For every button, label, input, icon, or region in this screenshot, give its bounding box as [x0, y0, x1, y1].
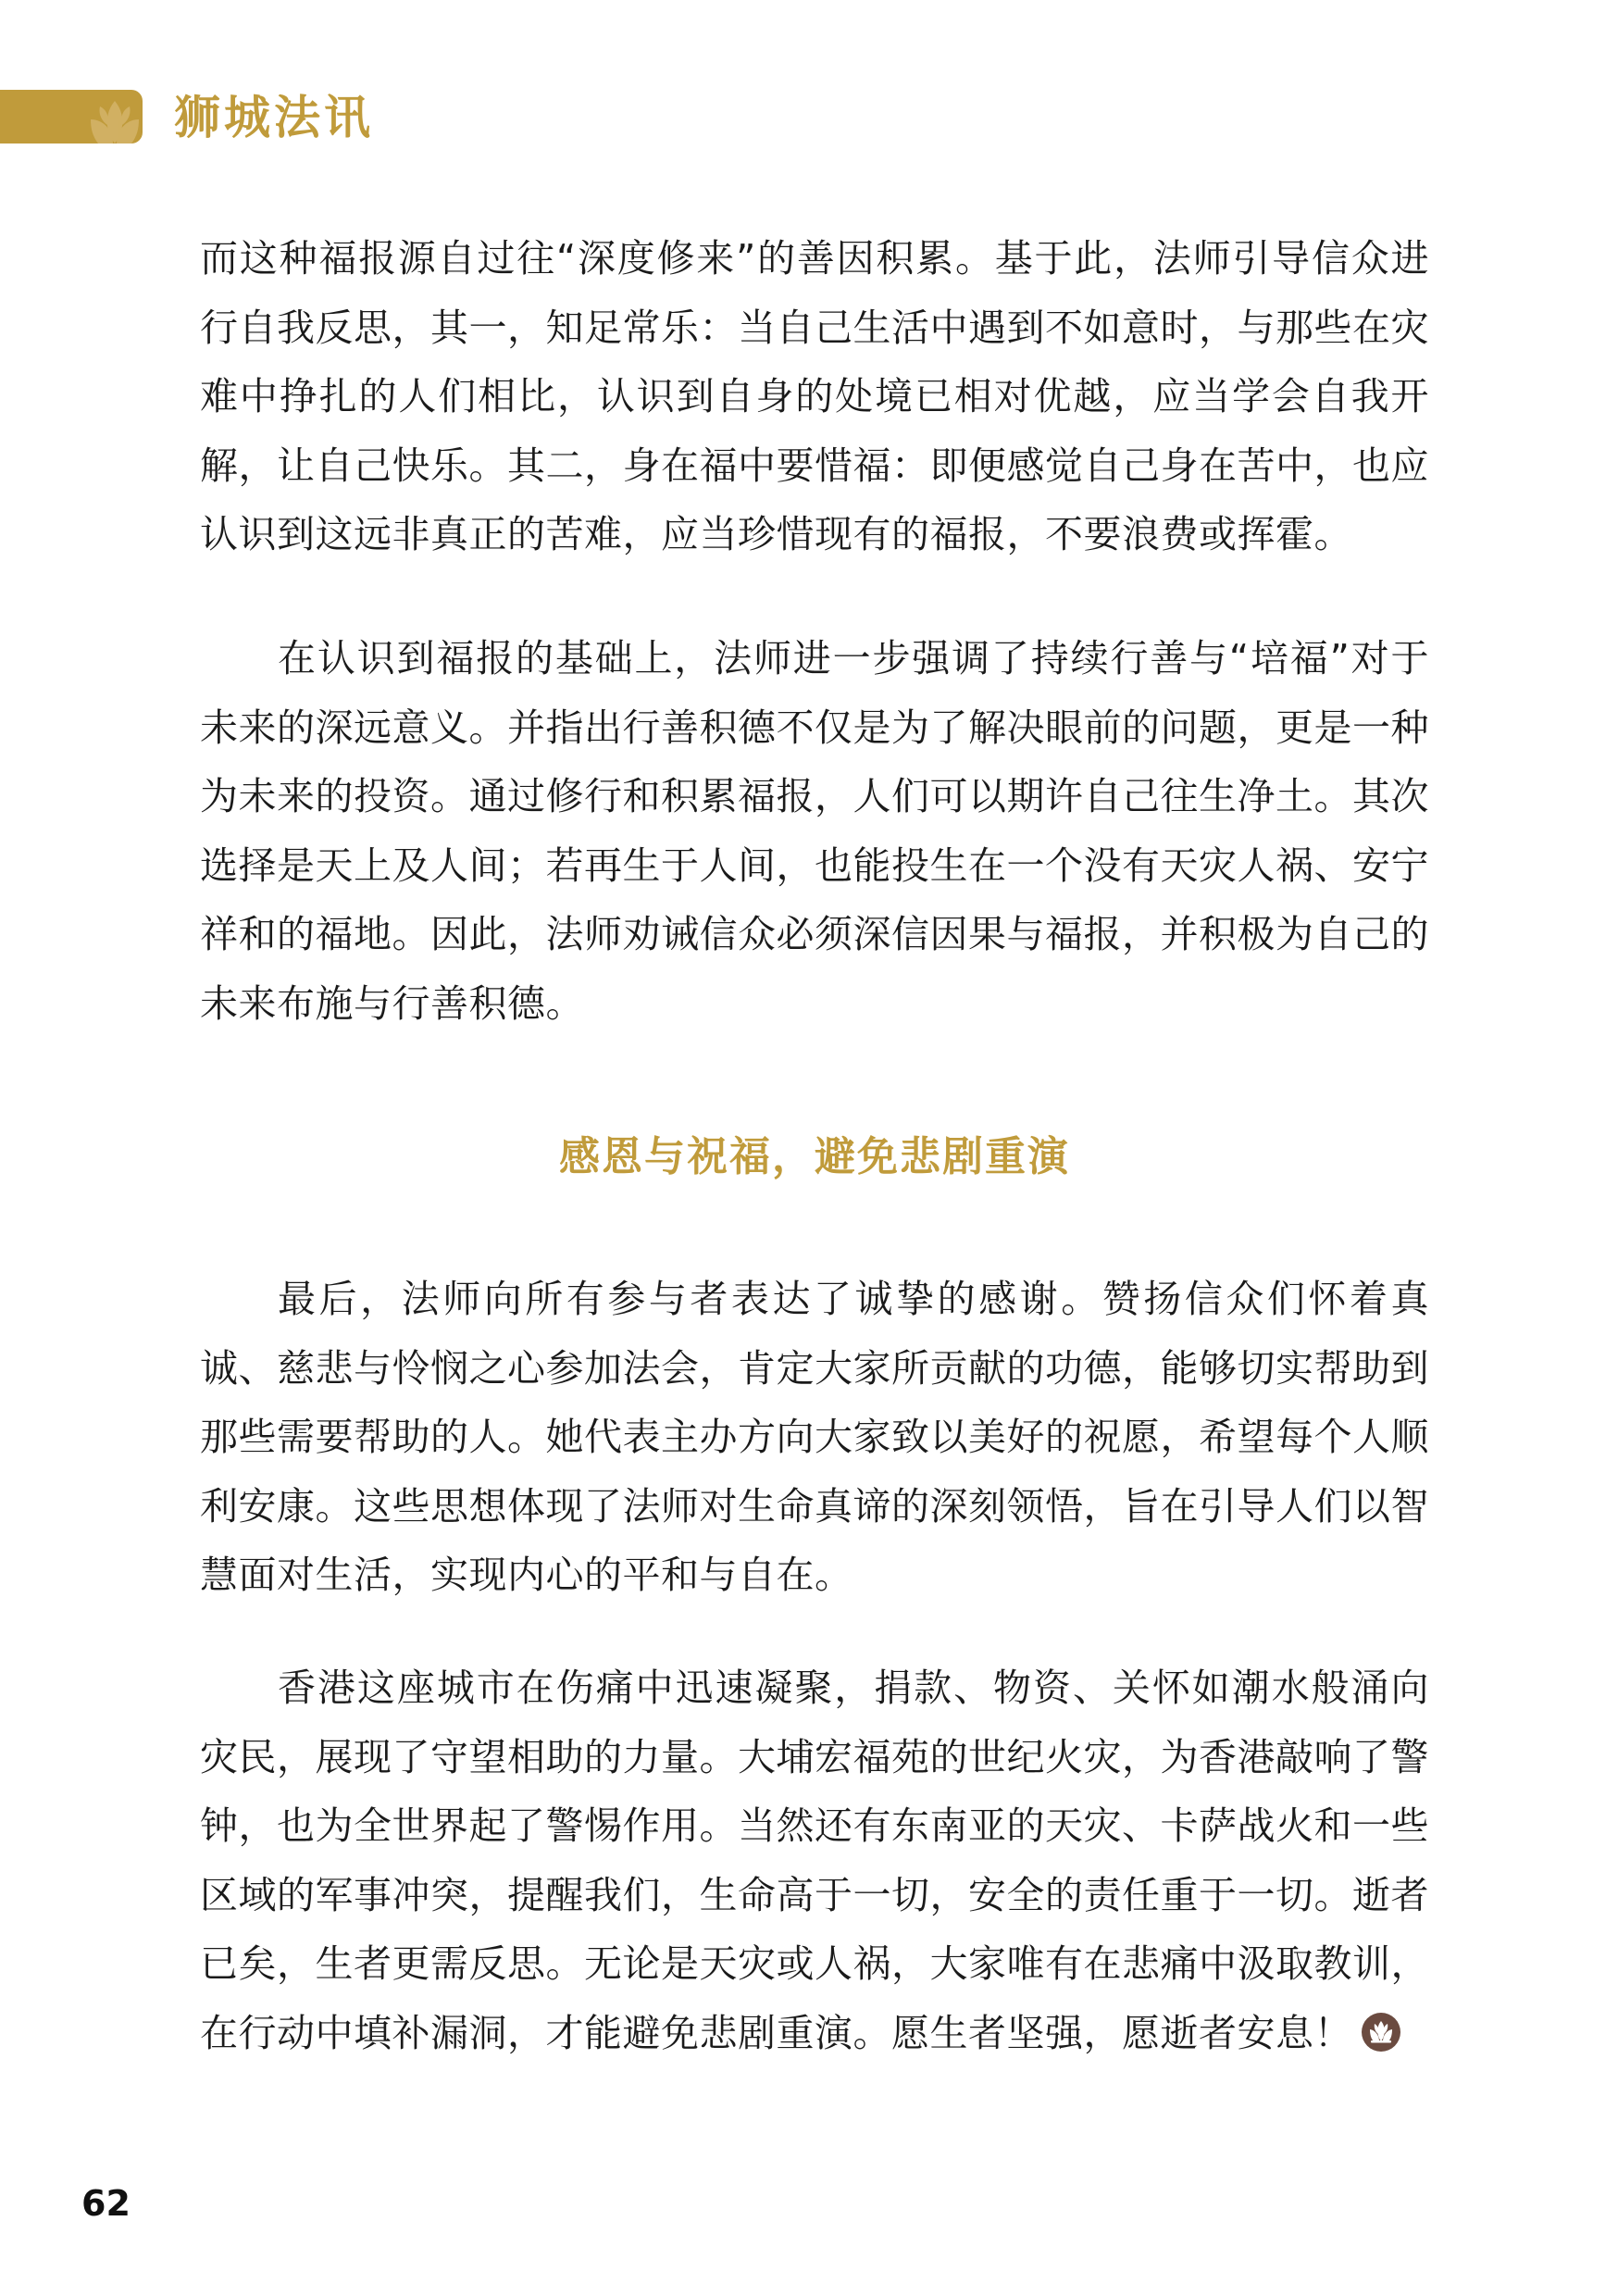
- header-bar: [0, 90, 143, 143]
- paragraph: 香港这座城市在伤痛中迅速凝聚，捐款、物资、关怀如潮水般涌向灾民，展现了守望相助的…: [200, 1653, 1429, 2067]
- paragraph-text: 香港这座城市在伤痛中迅速凝聚，捐款、物资、关怀如潮水般涌向灾民，展现了守望相助的…: [200, 1666, 1429, 2055]
- section-heading: 感恩与祝福，避免悲剧重演: [200, 1131, 1429, 1183]
- paragraph: 最后，法师向所有参与者表达了诚挚的感谢。赞扬信众们怀着真诚、慈悲与怜悯之心参加法…: [200, 1265, 1429, 1610]
- lotus-icon: [87, 97, 143, 143]
- magazine-title: 狮城法讯: [174, 89, 374, 146]
- paragraph: 而这种福报源自过往“深度修来”的善因积累。基于此，法师引导信众进行自我反思，其一…: [200, 224, 1429, 569]
- lotus-end-mark-icon: [1362, 2013, 1400, 2052]
- page-number: 62: [81, 2185, 131, 2222]
- paragraph: 在认识到福报的基础上，法师进一步强调了持续行善与“培福”对于未来的深远意义。并指…: [200, 624, 1429, 1038]
